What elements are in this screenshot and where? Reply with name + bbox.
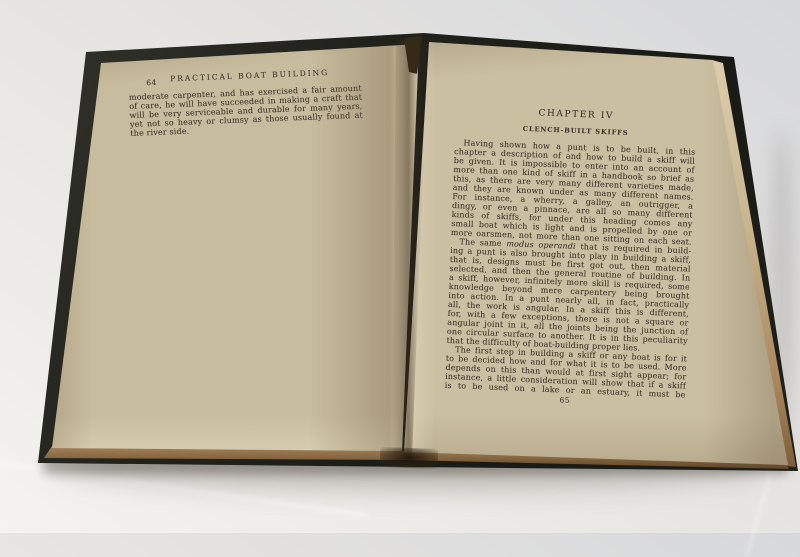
- left-page-paragraph: moderate carpenter, and has exercised a …: [129, 84, 364, 138]
- right-page-paragraph-2: The same modus operandi that is required…: [446, 237, 691, 355]
- photo-open-book: 64 PRACTICAL BOAT BUILDING moderate carp…: [0, 0, 800, 533]
- spine-gutter-bottom-notch: [380, 447, 439, 469]
- left-page: 64 PRACTICAL BOAT BUILDING moderate carp…: [52, 44, 419, 451]
- chapter-heading: CHAPTER IV: [456, 105, 697, 125]
- running-head: PRACTICAL BOAT BUILDING: [128, 67, 361, 85]
- right-page-text-block: CHAPTER IV CLENCH-BUILT SKIFFS Having sh…: [444, 105, 697, 409]
- page-number-left: 64: [146, 78, 157, 87]
- right-page-paragraph-3: The first step in building a skiff or an…: [445, 345, 688, 400]
- backdrop-crease: [746, 469, 773, 533]
- right-page-paragraph-1: Having shown how a punt is to be built, …: [451, 138, 696, 247]
- left-page-text-block: 64 PRACTICAL BOAT BUILDING moderate carp…: [128, 67, 363, 138]
- section-heading: CLENCH-BUILT SKIFFS: [455, 122, 696, 140]
